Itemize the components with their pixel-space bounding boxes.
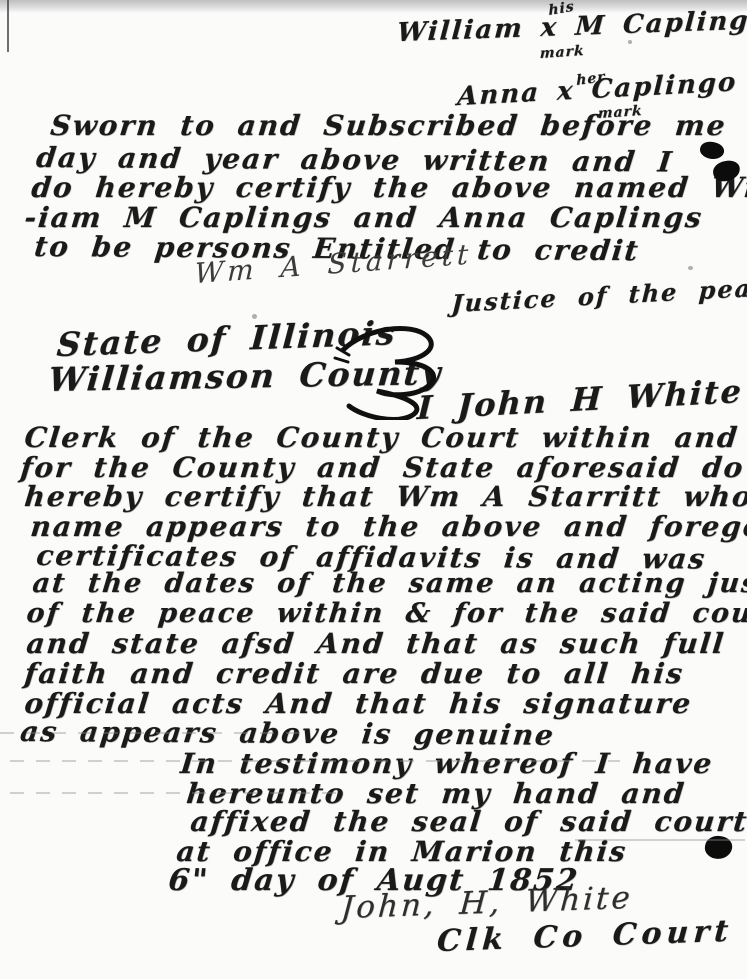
signature-anna-caplingo: Anna x Caplingo <box>457 69 738 110</box>
certificate-line: name appears to the above and foregoing <box>29 513 747 541</box>
ink-blot <box>698 139 726 162</box>
mark-label-william: mark <box>540 44 585 61</box>
certificate-line: faith and credit are due to all his <box>23 660 685 688</box>
scan-artifact-line <box>0 732 300 734</box>
jurat-line: -iam M Caplings and Anna Caplings <box>23 204 704 232</box>
scan-artifact-line <box>575 839 745 841</box>
jurat-line: Sworn to and Subscribed before me this <box>49 112 747 140</box>
testimonium-line: hereunto set my hand and <box>185 780 687 808</box>
scan-artifact-line <box>10 760 620 762</box>
paper-speck <box>252 314 257 319</box>
certificate-line: for the County and State aforesaid do <box>19 454 746 482</box>
scanned-handwritten-document: his William x M Caplings. mark her Anna … <box>0 0 747 979</box>
justice-title: Justice of the peace <box>451 274 747 316</box>
certificate-line: of the peace within & for the said count… <box>25 600 747 627</box>
certificate-line: I John H White <box>416 375 743 424</box>
paper-speck <box>628 40 632 44</box>
certificate-line: and state afsd And that as such full <box>25 630 727 658</box>
certificate-line: at the dates of the same an acting justi… <box>31 570 747 597</box>
scan-artifact-line <box>10 792 340 794</box>
jurat-line: do hereby certify the above named Will <box>30 174 747 202</box>
scan-edge-line <box>7 0 9 52</box>
clerk-title: Clk Co Court <box>436 917 734 957</box>
testimonium-line: at office in Marion this <box>175 838 629 866</box>
certificate-line: hereby certify that Wm A Starritt whose <box>23 483 747 511</box>
certificate-line: Clerk of the County Court within and <box>23 424 740 452</box>
paper-speck <box>688 266 693 270</box>
testimonium-line: affixed the seal of said court <box>189 808 747 836</box>
certificate-line: official acts And that his signature <box>23 690 694 718</box>
testimonium-line: In testimony whereof I have <box>179 750 715 778</box>
